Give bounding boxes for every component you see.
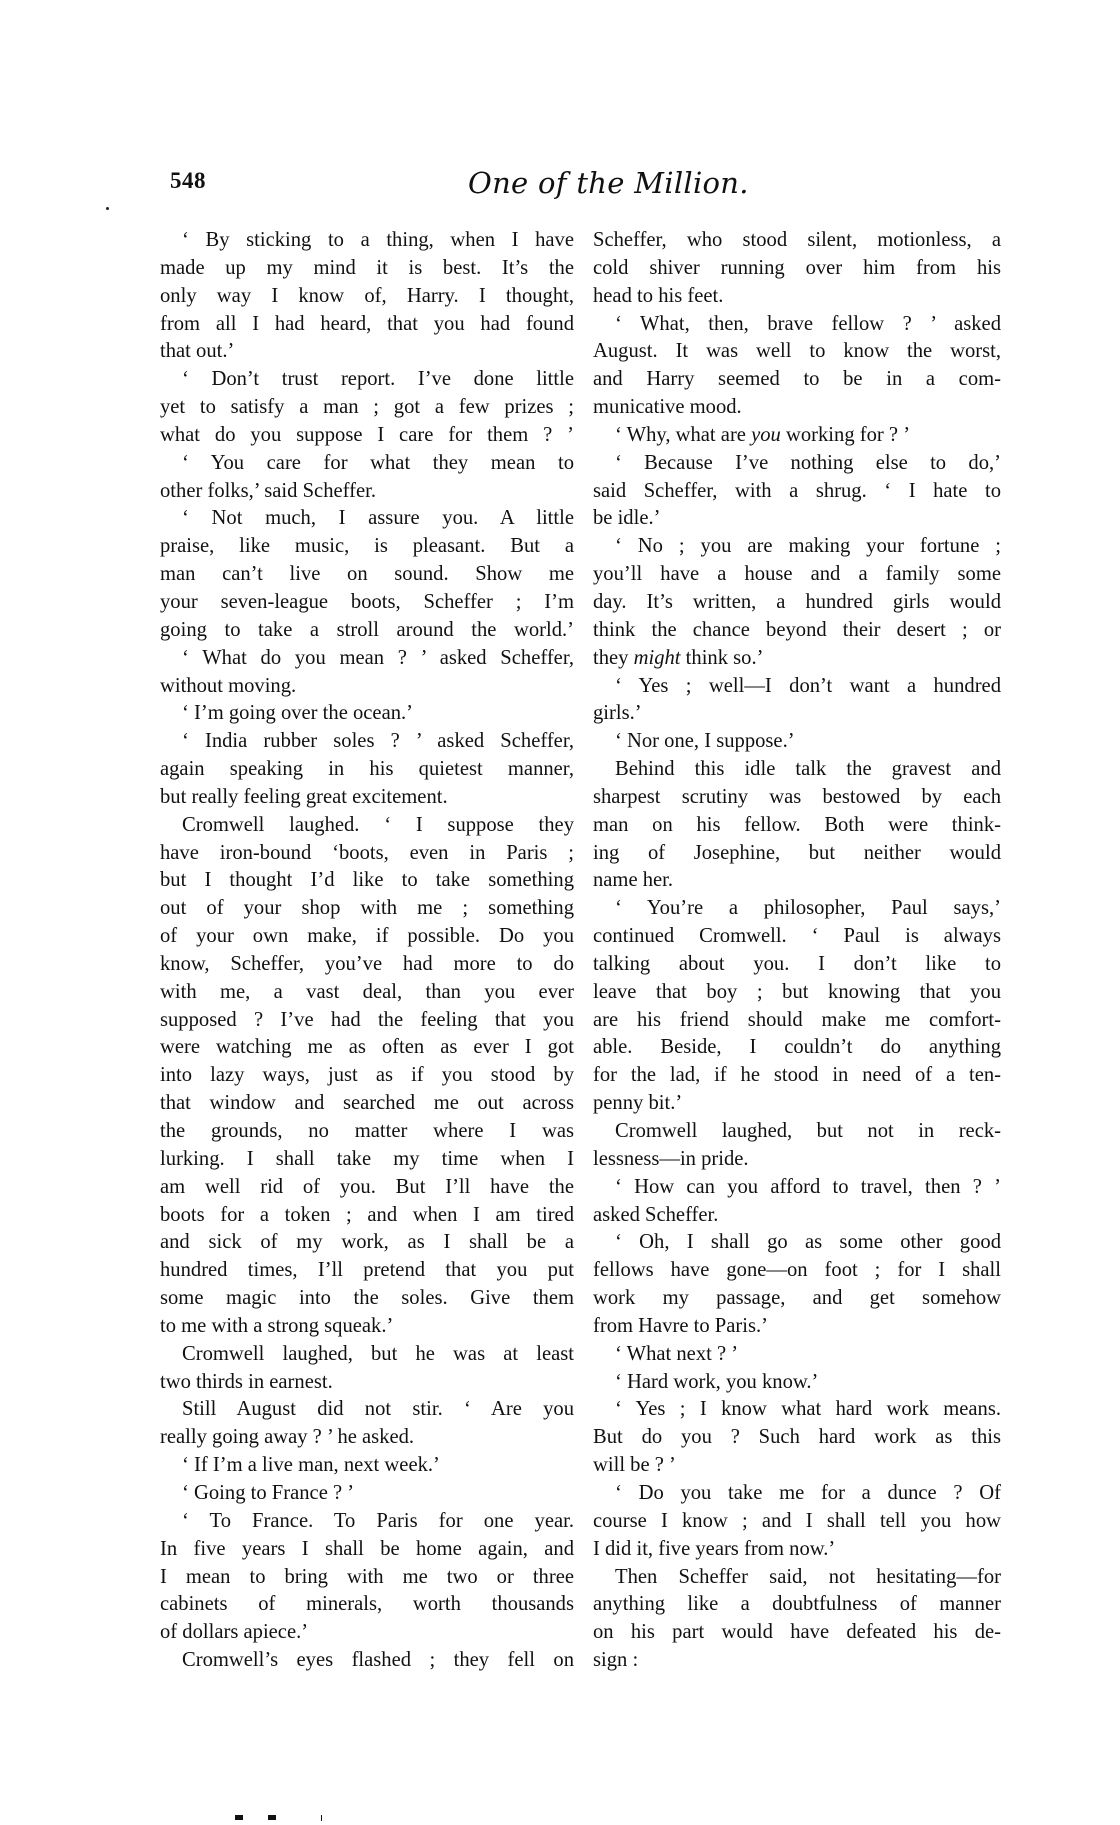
text-line: praise, like music, is pleasant. But a: [160, 533, 574, 561]
text-line: sharpest scrutiny was bestowed by each: [593, 784, 1001, 812]
text-line: only way I know of, Harry. I thought,: [160, 283, 574, 311]
text-line: continued Cromwell. ‘ Paul is always: [593, 923, 1001, 951]
text-line: out of your shop with me ; something: [160, 895, 574, 923]
text-line: ‘ India rubber soles ? ’ asked Scheffer,: [160, 728, 574, 756]
text-line: In five years I shall be home again, and: [160, 1536, 574, 1564]
text-line: will be ? ’: [593, 1452, 1001, 1480]
text-line: you’ll have a house and a family some: [593, 561, 1001, 589]
text-line: asked Scheffer.: [593, 1202, 1001, 1230]
text-line: lurking. I shall take my time when I: [160, 1146, 574, 1174]
text-line: talking about you. I don’t like to: [593, 951, 1001, 979]
text-line: ‘ Oh, I shall go as some other good: [593, 1229, 1001, 1257]
text-line: Scheffer, who stood silent, motionless, …: [593, 227, 1001, 255]
text-line: from Havre to Paris.’: [593, 1313, 1001, 1341]
text-line: Cromwell laughed. ‘ I suppose they: [160, 812, 574, 840]
text-line: for the lad, if he stood in need of a te…: [593, 1062, 1001, 1090]
text-line: Behind this idle talk the gravest and: [593, 756, 1001, 784]
text-line: penny bit.’: [593, 1090, 1001, 1118]
text-line: on his part would have defeated his de-: [593, 1619, 1001, 1647]
running-title: One of the Million.: [468, 166, 749, 200]
text-line: have iron-bound ‘boots, even in Paris ;: [160, 840, 574, 868]
text-line: ‘ You’re a philosopher, Paul says,’: [593, 895, 1001, 923]
text-line: some magic into the soles. Give them: [160, 1285, 574, 1313]
text-line: supposed ? I’ve had the feeling that you: [160, 1007, 574, 1035]
text-line: again speaking in his quietest manner,: [160, 756, 574, 784]
text-line: ‘ You care for what they mean to: [160, 450, 574, 478]
text-line: ‘ What do you mean ? ’ asked Scheffer,: [160, 645, 574, 673]
text-line: anything like a doubtfulness of manner: [593, 1591, 1001, 1619]
text-line: and Harry seemed to be in a com-: [593, 366, 1001, 394]
text-line: of dollars apiece.’: [160, 1619, 574, 1647]
text-line: really going away ? ’ he asked.: [160, 1424, 574, 1452]
text-line: day. It’s written, a hundred girls would: [593, 589, 1001, 617]
text-line: were watching me as often as ever I got: [160, 1034, 574, 1062]
text-line: ‘ Hard work, you know.’: [593, 1369, 1001, 1397]
text-line: other folks,’ said Scheffer.: [160, 478, 574, 506]
text-line: leave that boy ; but knowing that you: [593, 979, 1001, 1007]
text-line: know, Scheffer, you’ve had more to do: [160, 951, 574, 979]
text-line: girls.’: [593, 700, 1001, 728]
text-line: ‘ Going to France ? ’: [160, 1480, 574, 1508]
text-line: said Scheffer, with a shrug. ‘ I hate to: [593, 478, 1001, 506]
text-line: yet to satisfy a man ; got a few prizes …: [160, 394, 574, 422]
text-line: Cromwell laughed, but he was at least: [160, 1341, 574, 1369]
right-column: Scheffer, who stood silent, motionless, …: [593, 227, 1001, 1675]
text-line: I mean to bring with me two or three: [160, 1564, 574, 1592]
binding-mark: [235, 1815, 243, 1820]
text-line: ‘ Why, what are you working for ? ’: [593, 422, 1001, 450]
text-line: lessness—in pride.: [593, 1146, 1001, 1174]
text-line: able. Beside, I couldn’t do anything: [593, 1034, 1001, 1062]
text-line: sign :: [593, 1647, 1001, 1675]
left-column: ‘ By sticking to a thing, when I havemad…: [160, 227, 574, 1675]
text-line: are his friend should make me comfort-: [593, 1007, 1001, 1035]
text-line: head to his feet.: [593, 283, 1001, 311]
text-line: think the chance beyond their desert ; o…: [593, 617, 1001, 645]
text-line: man on his fellow. Both were think-: [593, 812, 1001, 840]
text-line: into lazy ways, just as if you stood by: [160, 1062, 574, 1090]
text-line: I did it, five years from now.’: [593, 1536, 1001, 1564]
text-line: work my passage, and get somehow: [593, 1285, 1001, 1313]
text-line: with me, a vast deal, than you ever: [160, 979, 574, 1007]
text-line: your seven-league boots, Scheffer ; I’m: [160, 589, 574, 617]
text-line: cabinets of minerals, worth thousands: [160, 1591, 574, 1619]
text-line: Still August did not stir. ‘ Are you: [160, 1396, 574, 1424]
text-line: ‘ Not much, I assure you. A little: [160, 505, 574, 533]
text-line: that out.’: [160, 338, 574, 366]
text-line: man can’t live on sound. Show me: [160, 561, 574, 589]
text-line: going to take a stroll around the world.…: [160, 617, 574, 645]
text-line: ‘ To France. To Paris for one year.: [160, 1508, 574, 1536]
margin-speck: [106, 207, 109, 210]
text-line: boots for a token ; and when I am tired: [160, 1202, 574, 1230]
text-line: am well rid of you. But I’ll have the: [160, 1174, 574, 1202]
text-line: August. It was well to know the worst,: [593, 338, 1001, 366]
text-line: and sick of my work, as I shall be a: [160, 1229, 574, 1257]
text-line: municative mood.: [593, 394, 1001, 422]
text-line: ‘ Do you take me for a dunce ? Of: [593, 1480, 1001, 1508]
binding-mark: [268, 1815, 276, 1820]
text-line: they might think so.’: [593, 645, 1001, 673]
text-line: hundred times, I’ll pretend that you put: [160, 1257, 574, 1285]
text-line: ‘ I’m going over the ocean.’: [160, 700, 574, 728]
text-line: but really feeling great excitement.: [160, 784, 574, 812]
text-line: ‘ What, then, brave fellow ? ’ asked: [593, 311, 1001, 339]
text-line: ‘ No ; you are making your fortune ;: [593, 533, 1001, 561]
text-line: ing of Josephine, but neither would: [593, 840, 1001, 868]
text-line: of your own make, if possible. Do you: [160, 923, 574, 951]
text-line: Cromwell laughed, but not in reck-: [593, 1118, 1001, 1146]
text-line: But do you ? Such hard work as this: [593, 1424, 1001, 1452]
binding-mark: [321, 1815, 322, 1821]
text-line: ‘ Yes ; well—I don’t want a hundred: [593, 673, 1001, 701]
text-line: ‘ Nor one, I suppose.’: [593, 728, 1001, 756]
text-line: that window and searched me out across: [160, 1090, 574, 1118]
text-line: course I know ; and I shall tell you how: [593, 1508, 1001, 1536]
text-line: ‘ Yes ; I know what hard work means.: [593, 1396, 1001, 1424]
text-line: without moving.: [160, 673, 574, 701]
text-line: the grounds, no matter where I was: [160, 1118, 574, 1146]
text-line: Cromwell’s eyes flashed ; they fell on: [160, 1647, 574, 1675]
text-line: to me with a strong squeak.’: [160, 1313, 574, 1341]
text-line: ‘ How can you afford to travel, then ? ’: [593, 1174, 1001, 1202]
text-line: cold shiver running over him from his: [593, 255, 1001, 283]
text-line: fellows have gone—on foot ; for I shall: [593, 1257, 1001, 1285]
page-number: 548: [170, 168, 206, 194]
text-line: but I thought I’d like to take something: [160, 867, 574, 895]
text-line: be idle.’: [593, 505, 1001, 533]
text-line: ‘ By sticking to a thing, when I have: [160, 227, 574, 255]
text-line: name her.: [593, 867, 1001, 895]
text-line: what do you suppose I care for them ? ’: [160, 422, 574, 450]
text-line: ‘ Don’t trust report. I’ve done little: [160, 366, 574, 394]
text-line: Then Scheffer said, not hesitating—for: [593, 1564, 1001, 1592]
text-line: from all I had heard, that you had found: [160, 311, 574, 339]
text-line: two thirds in earnest.: [160, 1369, 574, 1397]
text-line: ‘ What next ? ’: [593, 1341, 1001, 1369]
text-line: made up my mind it is best. It’s the: [160, 255, 574, 283]
text-line: ‘ If I’m a live man, next week.’: [160, 1452, 574, 1480]
text-line: ‘ Because I’ve nothing else to do,’: [593, 450, 1001, 478]
